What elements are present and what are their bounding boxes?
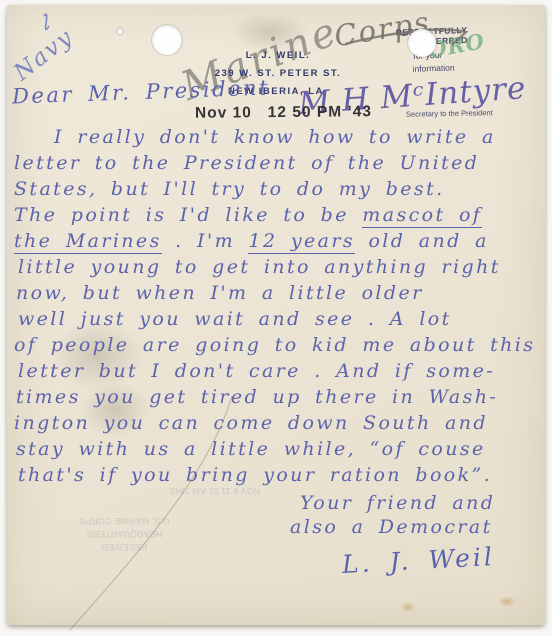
letter-line-9: of people are going to kid me about this (14, 334, 542, 360)
phrase: stay with us a little while, “of couse (16, 438, 486, 460)
underlined-phrase: the Marines (14, 230, 162, 254)
phrase: times you get tired up there in Wash- (16, 386, 498, 408)
phrase: little young to get into anything right (18, 256, 501, 278)
phrase: that's if you bring your ration book”. (18, 464, 492, 486)
phrase: . I'm (162, 230, 249, 252)
phrase: States, but I'll try to do my best. (14, 178, 445, 200)
scanned-letter-page: NOV 6 11 52 AM 1943 RECEIVED HEADQUARTER… (0, 0, 552, 636)
letter-line-10: letter but I don't care . And if some- (14, 360, 542, 386)
phrase: now, but when I'm a little older (16, 282, 424, 304)
letter-line-5: the Marines . I'm 12 years old and a (14, 230, 542, 256)
letterhead-name: L. J. WEIL. (198, 50, 358, 61)
closing-line: also a Democrat (290, 516, 493, 538)
bleedthrough-received-stamp: RECEIVED HEADQUARTERS U.S. MARINE CORPS (62, 514, 187, 553)
letter-line-8: well just you wait and see . A lot (14, 308, 542, 334)
letter-body: I really don't know how to write aletter… (14, 126, 542, 490)
bleedthrough-stamp-line: HEADQUARTERS (62, 527, 187, 540)
letter-line-3: States, but I'll try to do my best. (14, 178, 542, 204)
punch-hole (152, 25, 182, 55)
closing-line: Your friend and (300, 492, 495, 514)
letter-line-1: I really don't know how to write a (14, 126, 542, 152)
phrase: The point is I'd like to be (14, 204, 362, 226)
phrase: old and a (355, 230, 489, 252)
bleedthrough-stamp-line: RECEIVED (62, 540, 187, 553)
letter-line-4: The point is I'd like to be mascot of (14, 204, 542, 230)
letter-line-2: letter to the President of the United (14, 152, 542, 178)
letter-line-11: times you get tired up there in Wash- (14, 386, 542, 412)
phrase: letter to the President of the United (14, 152, 479, 174)
punch-hole-small (117, 28, 123, 34)
letter-line-12: ington you can come down South and (14, 412, 542, 438)
phrase: of people are going to kid me about this (14, 334, 535, 356)
phrase: letter but I don't care . And if some- (18, 360, 495, 382)
date-received-stamp: Nov 10 12 50 PM ’43 (195, 103, 372, 123)
letter-line-6: little young to get into anything right (14, 256, 542, 282)
paper-stain (498, 596, 516, 607)
punch-hole (408, 29, 436, 57)
phrase: ington you can come down South and (14, 412, 488, 434)
letter-line-7: now, but when I'm a little older (14, 282, 542, 308)
underlined-phrase: mascot of (362, 204, 482, 228)
phrase: I really don't know how to write a (54, 126, 496, 148)
phrase: well just you wait and see . A lot (18, 308, 452, 330)
underlined-phrase: 12 years (248, 230, 355, 254)
letter-line-13: stay with us a little while, “of couse (14, 438, 542, 464)
paper-stain (400, 602, 416, 612)
letter-line-14: that's if you bring your ration book”. (14, 464, 542, 490)
bleedthrough-stamp-line: U.S. MARINE CORPS (62, 514, 187, 527)
secretary-to-president-label: Secretary to the President (406, 108, 493, 119)
